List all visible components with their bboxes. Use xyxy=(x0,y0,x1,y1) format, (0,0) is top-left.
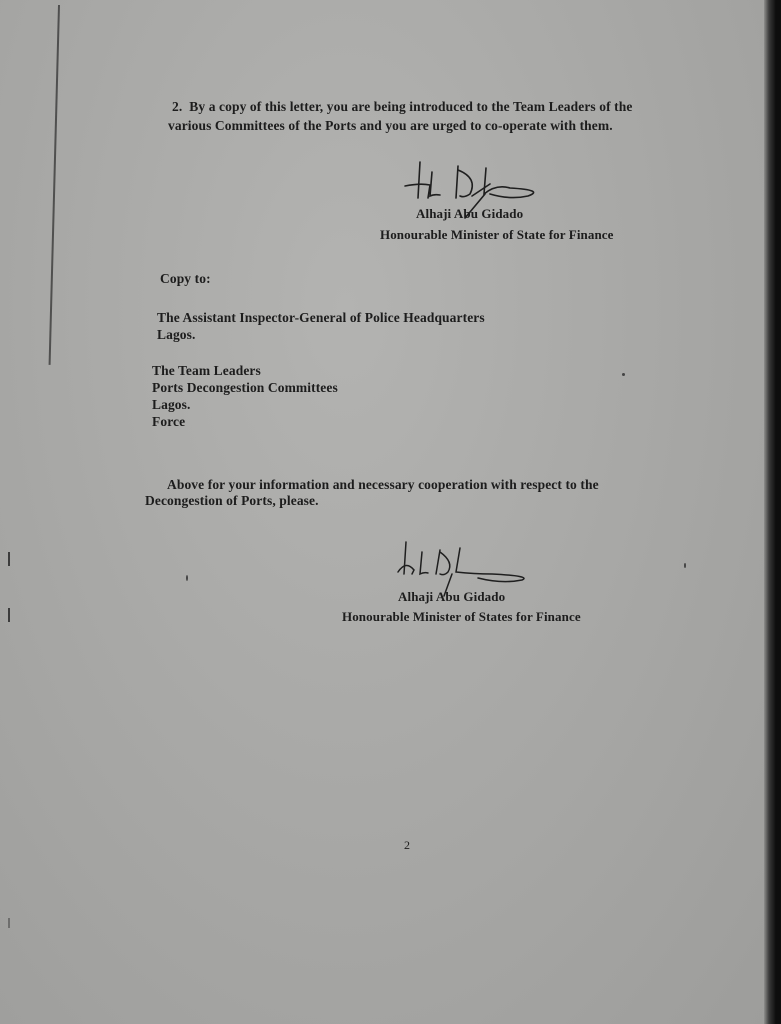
binder-mark xyxy=(8,552,10,566)
paragraph-line: 2. By a copy of this letter, you are bei… xyxy=(172,97,632,116)
recipient-address: The Assistant Inspector-General of Polic… xyxy=(157,309,485,343)
signatory-name: Alhaji Abu Gidado xyxy=(398,589,505,605)
address-line: Force xyxy=(152,413,338,430)
paragraph-text: By a copy of this letter, you are being … xyxy=(189,99,632,114)
address-line: Lagos. xyxy=(152,396,338,413)
paragraph-line: Decongestion of Ports, please. xyxy=(145,493,599,509)
signatory-title: Honourable Minister of States for Financ… xyxy=(342,609,581,625)
address-line: Lagos. xyxy=(157,326,485,343)
page-number: 2 xyxy=(404,838,410,853)
speck xyxy=(684,563,686,568)
paragraph-line: Above for your information and necessary… xyxy=(167,477,599,493)
binder-mark xyxy=(8,918,10,928)
address-line: The Team Leaders xyxy=(152,362,338,379)
address-line: Ports Decongestion Committees xyxy=(152,379,338,396)
paragraph-number: 2. xyxy=(172,99,182,114)
address-line: The Assistant Inspector-General of Polic… xyxy=(157,309,485,326)
copy-to-heading: Copy to: xyxy=(160,271,211,287)
speck xyxy=(622,373,625,376)
speck xyxy=(186,575,188,581)
margin-line xyxy=(49,5,60,365)
page-edge-shadow xyxy=(764,0,781,1024)
signatory-name: Alhaji Abu Gidado xyxy=(416,206,523,222)
recipient-address: The Team Leaders Ports Decongestion Comm… xyxy=(152,362,338,430)
binder-mark xyxy=(8,608,10,622)
document-page: 2. By a copy of this letter, you are bei… xyxy=(0,0,768,1024)
signature-icon xyxy=(400,158,550,238)
paragraph-2: 2. By a copy of this letter, you are bei… xyxy=(172,97,632,135)
paragraph-line: various Committees of the Ports and you … xyxy=(168,116,632,135)
signatory-title: Honourable Minister of State for Finance xyxy=(380,227,614,243)
closing-paragraph: Above for your information and necessary… xyxy=(145,477,599,509)
